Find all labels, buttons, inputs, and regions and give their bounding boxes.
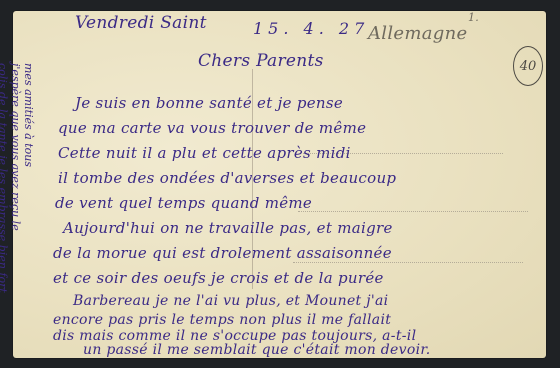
margin-line: mes amitiés à tous — [22, 63, 35, 293]
header-day: Vendredi Saint — [75, 13, 207, 33]
address-line — [293, 262, 523, 263]
margin-line: colis de la tante je les embrasse bien f… — [0, 63, 9, 293]
margin-note: mes amitiés à tous j'espère que vous ave… — [0, 63, 35, 293]
pencil-mark: 1. — [468, 11, 479, 24]
body-line: il tombe des ondées d'averses et beaucou… — [58, 169, 396, 187]
address-line — [298, 211, 528, 212]
body-line: un passé il me semblait que c'était mon … — [83, 342, 431, 358]
circled-number: 40 — [513, 46, 543, 86]
body-line: que ma carte va vous trouver de même — [58, 119, 366, 137]
body-line: et ce soir des oeufs je crois et de la p… — [53, 269, 384, 287]
margin-line: j'espère que vous avez reçu le — [9, 63, 22, 293]
pencil-note: Allemagne — [368, 23, 467, 44]
body-line: Je suis en bonne santé et je pense — [75, 94, 343, 112]
body-line: encore pas pris le temps non plus il me … — [53, 312, 391, 328]
body-line: Aujourd'hui on ne travaille pas, et maig… — [63, 219, 393, 237]
body-line: de vent quel temps quand même — [55, 194, 312, 212]
body-line: Barbereau je ne l'ai vu plus, et Mounet … — [73, 293, 388, 309]
header-date: 15. 4. 27 — [253, 19, 369, 38]
body-line: Cette nuit il a plu et cette après midi — [58, 144, 351, 162]
postcard: Vendredi Saint 15. 4. 27 Allemagne 1. 40… — [13, 11, 546, 358]
body-line: de la morue qui est drolement assaisonné… — [53, 244, 392, 262]
salutation: Chers Parents — [198, 51, 324, 71]
